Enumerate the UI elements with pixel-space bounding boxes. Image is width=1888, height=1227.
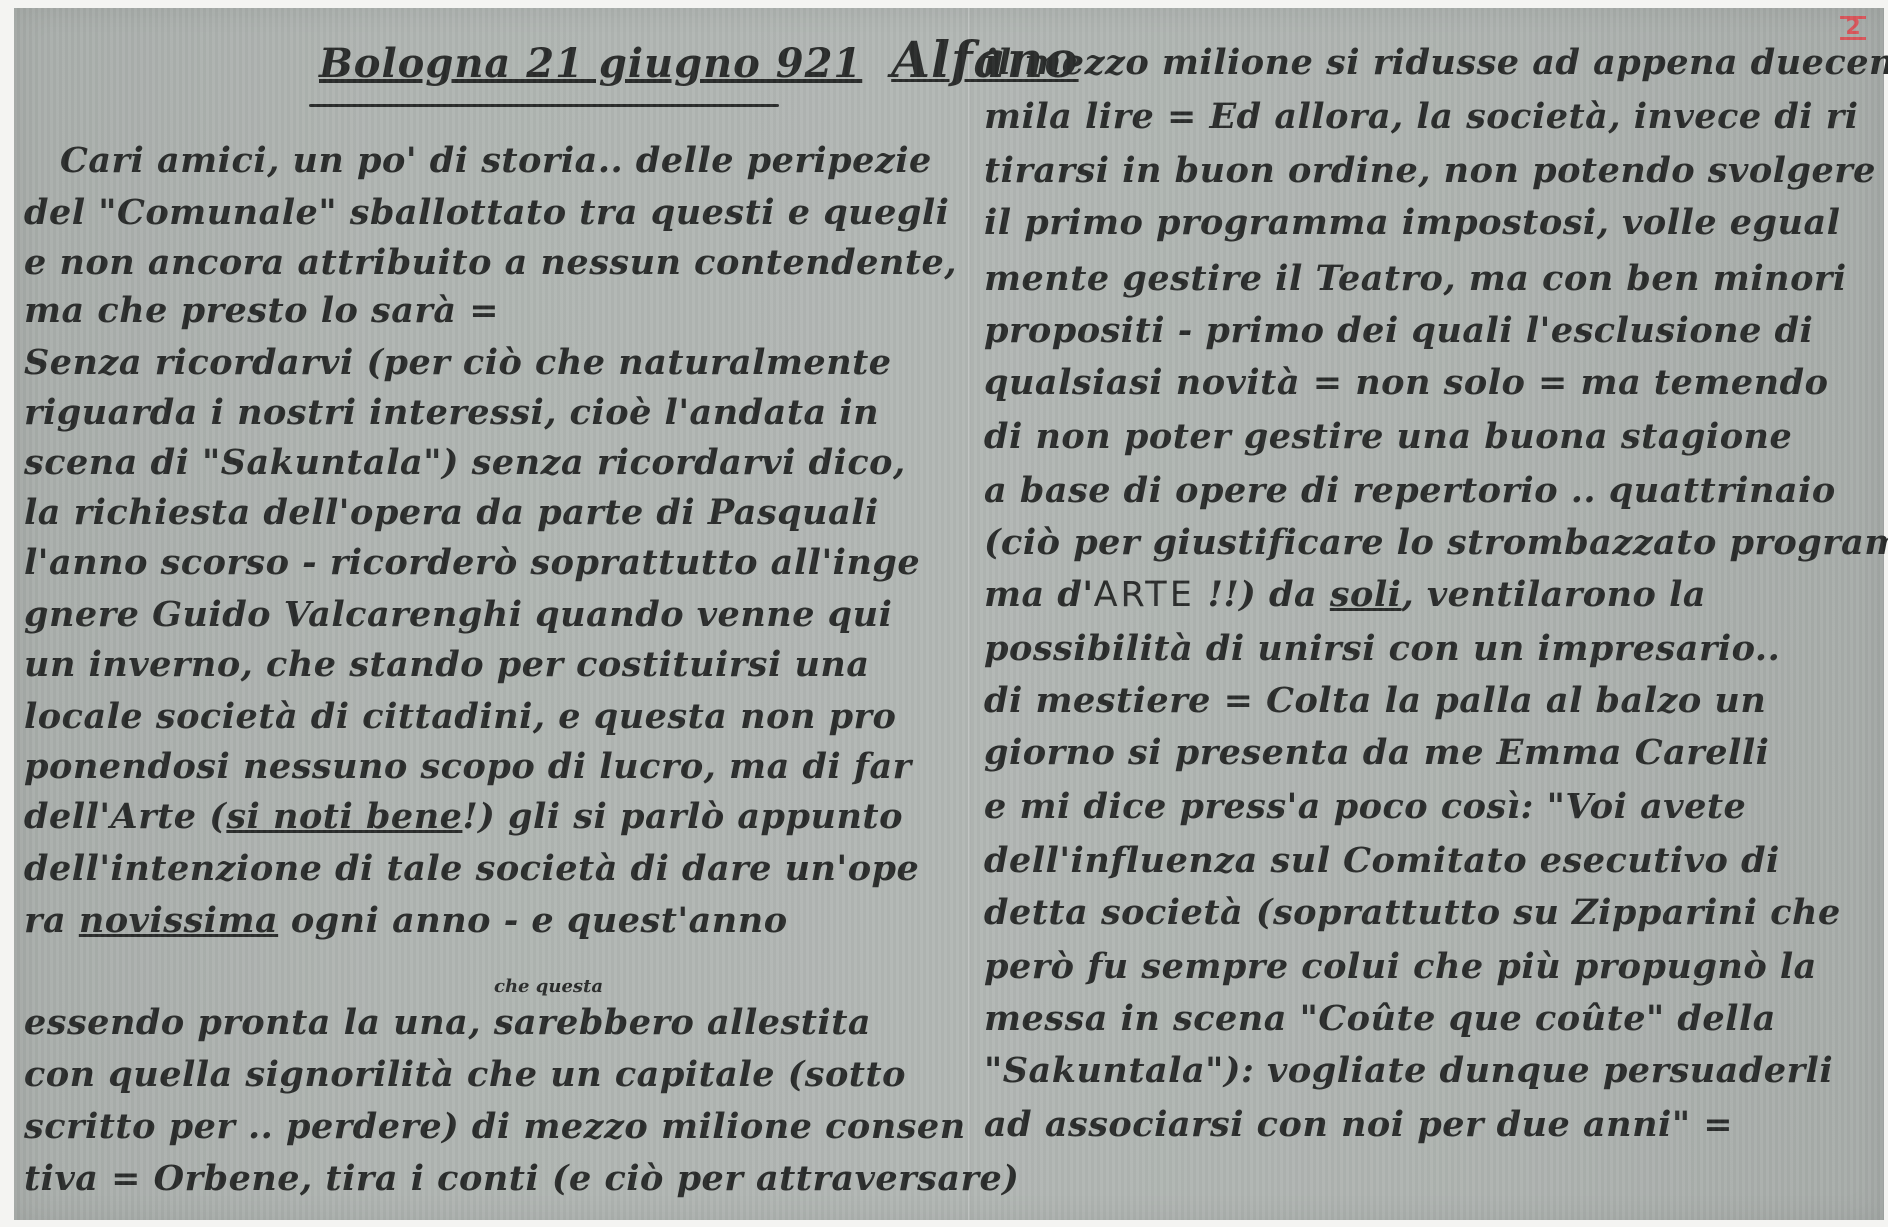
text-line: giorno si presenta da me Emma Carelli	[984, 728, 1769, 778]
text-line: il mezzo milione si ridusse ad appena du…	[984, 38, 1888, 88]
text-line: gnere Guido Valcarenghi quando venne qui	[24, 590, 892, 640]
capitalized-word: ARTE	[1094, 575, 1195, 615]
text-line: messa in scena "Coûte que coûte" della	[984, 994, 1776, 1044]
text-line: di non poter gestire una buona stagione	[984, 412, 1792, 462]
right-column: il mezzo milione si ridusse ad appena du…	[984, 8, 1879, 1220]
text-line: ma che presto lo sarà =	[24, 286, 499, 336]
text-line: dell'influenza sul Comitato esecutivo di	[984, 836, 1780, 886]
text-line-underlined: dell'Arte (si noti bene!) gli si parlò a…	[24, 792, 903, 842]
left-column: Bologna 21 giugno 921 Alfano Cari amici,…	[24, 8, 954, 1220]
text-fragment: ma d'	[984, 574, 1094, 615]
text-line: Cari amici, un po' di storia.. delle per…	[60, 136, 932, 186]
underlined-phrase: si noti bene	[226, 796, 462, 837]
text-line: di mestiere = Colta la palla al balzo un	[984, 676, 1766, 726]
text-line: il primo programma impostosi, volle egua…	[984, 198, 1840, 248]
letter-heading: Bologna 21 giugno 921 Alfano	[319, 30, 959, 89]
text-line-emphasis: ma d'ARTE !!) da soli, ventilarono la	[984, 570, 1706, 620]
text-line: ponendosi nessuno scopo di lucro, ma di …	[24, 742, 912, 792]
text-fragment: ogni anno - e quest'anno	[278, 900, 787, 941]
text-line-underlined: ra novissima ogni anno - e quest'anno	[24, 896, 788, 946]
text-line: essendo pronta la una, sarebbero allesti…	[24, 998, 871, 1048]
text-line: detta società (soprattutto su Zipparini …	[984, 888, 1841, 938]
underlined-phrase: soli	[1330, 574, 1402, 615]
text-line: (ciò per giustificare lo strombazzato pr…	[984, 518, 1888, 568]
place-date: Bologna 21 giugno 921	[319, 40, 862, 87]
text-line: del "Comunale" sballottato tra questi e …	[24, 188, 949, 238]
text-line: riguarda i nostri interessi, cioè l'anda…	[24, 388, 879, 438]
text-line: Senza ricordarvi (per ciò che naturalmen…	[24, 338, 892, 388]
text-line: e non ancora attribuito a nessun contend…	[24, 238, 957, 288]
letter-sheet: 2 Bologna 21 giugno 921 Alfano Cari amic…	[14, 8, 1884, 1220]
text-line: possibilità di unirsi con un impresario.…	[984, 624, 1780, 674]
text-fragment: ra	[24, 900, 79, 941]
heading-underline	[309, 104, 779, 107]
text-line: locale società di cittadini, e questa no…	[24, 692, 896, 742]
underlined-phrase: novissima	[79, 900, 278, 941]
text-line: ad associarsi con noi per due anni" =	[984, 1100, 1733, 1150]
text-line: qualsiasi novità = non solo = ma temendo	[984, 358, 1828, 408]
text-fragment: dell'Arte (	[24, 796, 226, 837]
text-line: e mi dice press'a poco così: "Voi avete	[984, 782, 1746, 832]
text-line: mente gestire il Teatro, ma con ben mino…	[984, 254, 1847, 304]
text-line: a base di opere di repertorio .. quattri…	[984, 466, 1836, 516]
text-line: tirarsi in buon ordine, non potendo svol…	[984, 146, 1876, 196]
text-line: la richiesta dell'opera da parte di Pasq…	[24, 488, 879, 538]
text-fragment: !) gli si parlò appunto	[462, 796, 903, 837]
text-line: "Sakuntala"): vogliate dunque persuaderl…	[984, 1046, 1833, 1096]
text-line: con quella signorilità che un capitale (…	[24, 1050, 906, 1100]
text-line: tiva = Orbene, tira i conti (e ciò per a…	[24, 1154, 1019, 1204]
interlinear-insertion: che questa	[494, 976, 603, 997]
text-line: propositi - primo dei quali l'esclusione…	[984, 306, 1813, 356]
text-line: l'anno scorso - ricorderò soprattutto al…	[24, 538, 920, 588]
text-line: un inverno, che stando per costituirsi u…	[24, 640, 870, 690]
text-fragment: , ventilarono la	[1401, 574, 1706, 615]
text-line: scritto per .. perdere) di mezzo milione…	[24, 1102, 966, 1152]
page-fold	[968, 8, 971, 1220]
text-line: scena di "Sakuntala") senza ricordarvi d…	[24, 438, 906, 488]
text-line: dell'intenzione di tale società di dare …	[24, 844, 919, 894]
text-line: mila lire = Ed allora, la società, invec…	[984, 92, 1859, 142]
text-line: però fu sempre colui che più propugnò la	[984, 942, 1817, 992]
text-fragment: !!) da	[1195, 574, 1330, 615]
